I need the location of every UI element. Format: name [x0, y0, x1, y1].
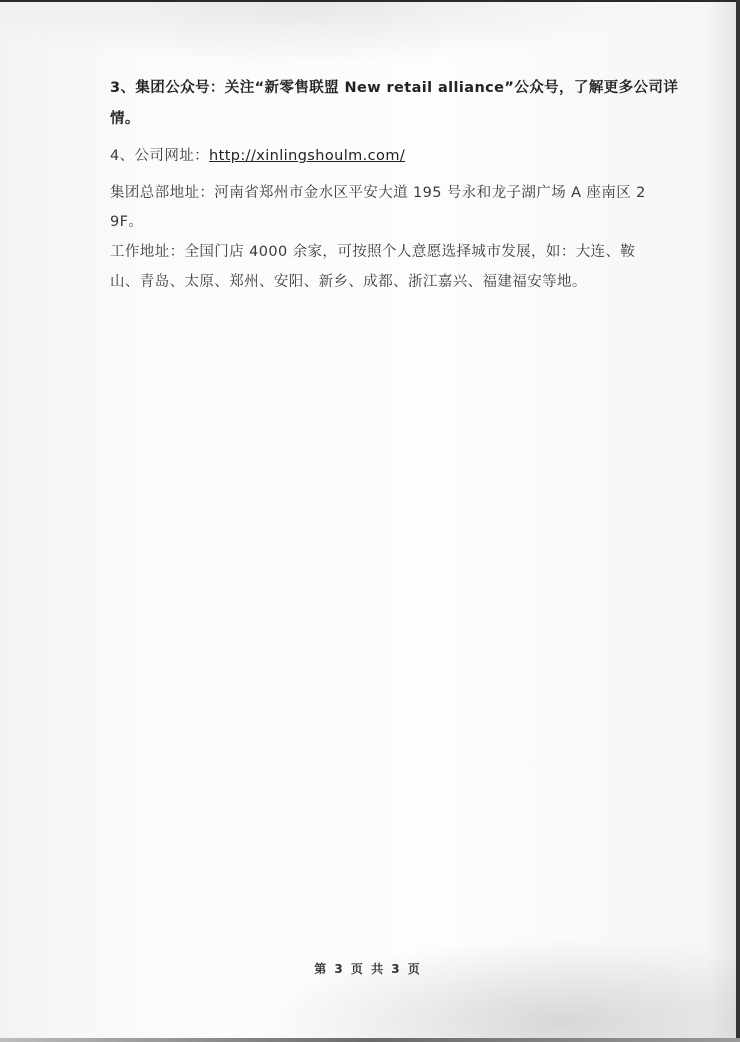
work-location-line-2: 山、青岛、太原、郑州、安阳、新乡、成都、浙江嘉兴、福建福安等地。 — [110, 267, 630, 297]
paragraph-work-location: 工作地址：全国门店 4000 余家，可按照个人意愿选择城市发展，如：大连、鞍 山… — [110, 237, 630, 297]
page-number-footer: 第 3 页 共 3 页 — [0, 960, 736, 977]
paragraph-website: 4、公司网址：http://xinlingshoulm.com/ — [110, 141, 630, 172]
paragraph-hq-address: 集团总部地址：河南省郑州市金水区平安大道 195 号永和龙子湖广场 A 座南区 … — [110, 179, 630, 237]
scan-edge-bottom — [0, 1038, 740, 1042]
document-page: 3、集团公众号：关注“新零售联盟 New retail alliance”公众号… — [0, 2, 736, 1038]
official-account-line-2: 情。 — [110, 104, 630, 135]
official-account-line-1: 3、集团公众号：关注“新零售联盟 New retail alliance”公众号… — [110, 73, 630, 104]
paragraph-official-account: 3、集团公众号：关注“新零售联盟 New retail alliance”公众号… — [110, 73, 630, 135]
website-label: 4、公司网址： — [110, 148, 209, 164]
work-location-line-1: 工作地址：全国门店 4000 余家，可按照个人意愿选择城市发展，如：大连、鞍 — [110, 237, 630, 267]
website-link[interactable]: http://xinlingshoulm.com/ — [209, 148, 405, 164]
scan-edge-right — [736, 0, 740, 1042]
hq-address-line-2: 9F。 — [110, 208, 630, 237]
hq-address-line-1: 集团总部地址：河南省郑州市金水区平安大道 195 号永和龙子湖广场 A 座南区 … — [110, 179, 630, 208]
